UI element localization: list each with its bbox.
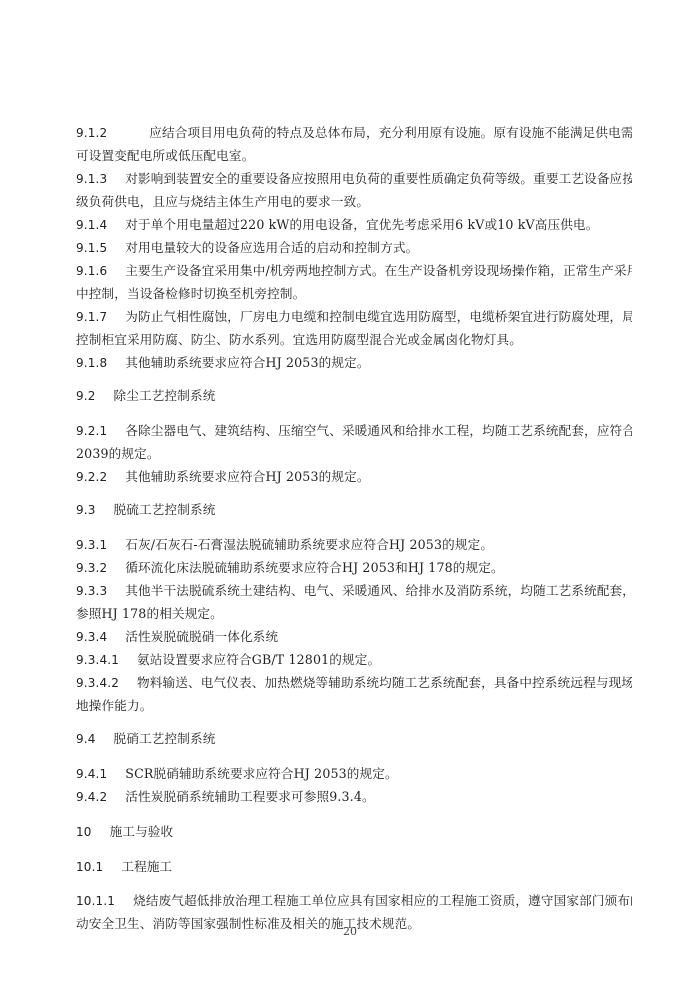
clause-line: 中控制，当设备检修时切换至机旁控制。 (76, 282, 632, 305)
clause-number: 9.4.2 (76, 786, 107, 809)
clause-number: 9.3.2 (76, 557, 107, 580)
clause-number: 9.1.6 (76, 260, 107, 283)
clause-line: 2039的规定。 (76, 442, 632, 465)
clause-text: 其他半干法脱硫系统土建结构、电气、采暖通风、给排水及消防系统，均随工艺系统配套，… (125, 583, 632, 598)
clause-line: 9.1.4对于单个用电量超过220 kW的用电设备，宜优先考虑采用6 kV或10… (76, 213, 632, 237)
document-page: 9.1.2应结合项目用电负荷的特点及总体布局，充分利用原有设施。原有设施不能满足… (0, 0, 700, 989)
section-heading: 9.4脱硝工艺控制系统 (76, 727, 632, 751)
section-heading: 9.3脱硫工艺控制系统 (76, 498, 632, 522)
clause-line: 9.3.3其他半干法脱硫系统土建结构、电气、采暖通风、给排水及消防系统，均随工艺… (76, 579, 632, 603)
section-heading: 9.2除尘工艺控制系统 (76, 384, 632, 408)
clause-text: 烧结废气超低排放治理工程施工单位应具有国家相应的工程施工资质，遵守国家部门颁布的… (133, 893, 632, 908)
clause-text: 参照HJ 178的相关规定。 (76, 606, 223, 621)
clause-text: 各除尘器电气、建筑结构、压缩空气、采暖通风和给排水工程，均随工艺系统配套，应符合… (125, 423, 632, 438)
clause-text: 氨站设置要求应符合GB/T 12801的规定。 (137, 652, 380, 667)
clause-text: 除尘工艺控制系统 (114, 388, 216, 403)
clause-line: 9.4.2活性炭脱硝系统辅助工程要求可参照9.3.4。 (76, 785, 632, 809)
clause-line: 9.2.2其他辅助系统要求应符合HJ 2053的规定。 (76, 465, 632, 489)
clause-text: 可设置变配电所或低压配电室。 (76, 148, 254, 163)
clause-text: 为防止气相性腐蚀，厂房电力电缆和控制电缆宜选用防腐型，电缆桥架宜进行防腐处理，局… (125, 309, 632, 324)
clause-text: 物料输送、电气仪表、加热燃烧等辅助系统均随工艺系统配套，具备中控系统远程与现场就 (137, 675, 632, 690)
clause-line: 9.3.1石灰/石灰石-石膏湿法脱硫辅助系统要求应符合HJ 2053的规定。 (76, 533, 632, 557)
clause-number: 9.3.1 (76, 534, 107, 557)
clause-text: SCR脱硝辅助系统要求应符合HJ 2053的规定。 (125, 766, 398, 781)
clause-text: 对于单个用电量超过220 kW的用电设备，宜优先考虑采用6 kV或10 kV高压… (125, 217, 598, 232)
clause-line: 9.3.4活性炭脱硫脱硝一体化系统 (76, 625, 632, 649)
clause-text: 其他辅助系统要求应符合HJ 2053的规定。 (125, 355, 369, 370)
clause-text: 控制柜宜采用防腐、防尘、防水系列。宜选用防腐型混合光或金属卤化物灯具。 (76, 332, 522, 347)
clause-number: 9.1.2 (76, 122, 107, 145)
clause-line: 9.1.2应结合项目用电负荷的特点及总体布局，充分利用原有设施。原有设施不能满足… (76, 121, 632, 145)
clause-number: 9.2.1 (76, 420, 107, 443)
clause-text: 对影响到装置安全的重要设备应按照用电负荷的重要性质确定负荷等级。重要工艺设备应按… (125, 171, 632, 186)
clause-line: 控制柜宜采用防腐、防尘、防水系列。宜选用防腐型混合光或金属卤化物灯具。 (76, 328, 632, 351)
clause-number: 9.4 (76, 728, 96, 751)
clause-text: 地操作能力。 (76, 698, 152, 713)
clause-text: 脱硫工艺控制系统 (114, 502, 216, 517)
clause-number: 9.3.4.2 (76, 672, 119, 695)
clause-line: 9.1.6主要生产设备宜采用集中/机旁两地控制方式。在生产设备机旁设现场操作箱，… (76, 259, 632, 283)
clause-line: 9.1.7为防止气相性腐蚀，厂房电力电缆和控制电缆宜选用防腐型，电缆桥架宜进行防… (76, 305, 632, 329)
clause-number: 9.3.4 (76, 626, 107, 649)
clause-text: 活性炭脱硫脱硝一体化系统 (125, 629, 278, 644)
clause-text: 石灰/石灰石-石膏湿法脱硫辅助系统要求应符合HJ 2053的规定。 (125, 537, 493, 552)
clause-line: 9.2.1各除尘器电气、建筑结构、压缩空气、采暖通风和给排水工程，均随工艺系统配… (76, 419, 632, 443)
clause-text: 工程施工 (121, 859, 172, 874)
clause-text: 活性炭脱硝系统辅助工程要求可参照9.3.4。 (125, 789, 374, 804)
clause-text: 2039的规定。 (76, 446, 160, 461)
clause-line: 9.3.4.1氨站设置要求应符合GB/T 12801的规定。 (76, 648, 632, 672)
section-heading: 10施工与验收 (76, 820, 632, 844)
clause-line: 可设置变配电所或低压配电室。 (76, 144, 632, 167)
clause-text: 主要生产设备宜采用集中/机旁两地控制方式。在生产设备机旁设现场操作箱，正常生产采… (125, 263, 632, 278)
clause-line: 级负荷供电，且应与烧结主体生产用电的要求一致。 (76, 190, 632, 213)
clause-line: 参照HJ 178的相关规定。 (76, 602, 632, 625)
clause-number: 9.1.3 (76, 168, 107, 191)
clause-number: 9.1.4 (76, 214, 107, 237)
page-number: 20 (0, 925, 700, 938)
clause-text: 施工与验收 (110, 824, 174, 839)
clause-text: 级负荷供电，且应与烧结主体生产用电的要求一致。 (76, 194, 369, 209)
clause-number: 10 (76, 821, 92, 844)
clause-line: 9.3.2循环流化床法脱硫辅助系统要求应符合HJ 2053和HJ 178的规定。 (76, 556, 632, 580)
clause-line: 9.3.4.2物料输送、电气仪表、加热燃烧等辅助系统均随工艺系统配套，具备中控系… (76, 671, 632, 695)
clause-text: 中控制，当设备检修时切换至机旁控制。 (76, 286, 305, 301)
clause-line: 地操作能力。 (76, 694, 632, 717)
clause-line: 9.1.8其他辅助系统要求应符合HJ 2053的规定。 (76, 351, 632, 375)
clause-line: 9.1.5对用电量较大的设备应选用合适的启动和控制方式。 (76, 236, 632, 260)
clause-text: 循环流化床法脱硫辅助系统要求应符合HJ 2053和HJ 178的规定。 (125, 560, 503, 575)
clause-number: 9.4.1 (76, 763, 107, 786)
clause-number: 9.2 (76, 385, 96, 408)
clause-number: 10.1 (76, 856, 103, 879)
clause-number: 9.2.2 (76, 466, 107, 489)
clause-text: 其他辅助系统要求应符合HJ 2053的规定。 (125, 469, 369, 484)
clause-line: 10.1.1烧结废气超低排放治理工程施工单位应具有国家相应的工程施工资质，遵守国… (76, 889, 632, 913)
clause-number: 9.1.5 (76, 237, 107, 260)
clause-number: 9.3.3 (76, 580, 107, 603)
clause-number: 9.3.4.1 (76, 649, 119, 672)
clause-text: 脱硝工艺控制系统 (114, 731, 216, 746)
clause-line: 9.1.3对影响到装置安全的重要设备应按照用电负荷的重要性质确定负荷等级。重要工… (76, 167, 632, 191)
clause-text: 应结合项目用电负荷的特点及总体布局，充分利用原有设施。原有设施不能满足供电需求时… (149, 125, 632, 140)
clause-line: 9.4.1SCR脱硝辅助系统要求应符合HJ 2053的规定。 (76, 762, 632, 786)
clause-number: 9.3 (76, 499, 96, 522)
section-heading: 10.1工程施工 (76, 855, 632, 879)
clause-number: 10.1.1 (76, 890, 115, 913)
clause-number: 9.1.7 (76, 306, 107, 329)
clause-number: 9.1.8 (76, 352, 107, 375)
clause-text: 对用电量较大的设备应选用合适的启动和控制方式。 (125, 240, 418, 255)
